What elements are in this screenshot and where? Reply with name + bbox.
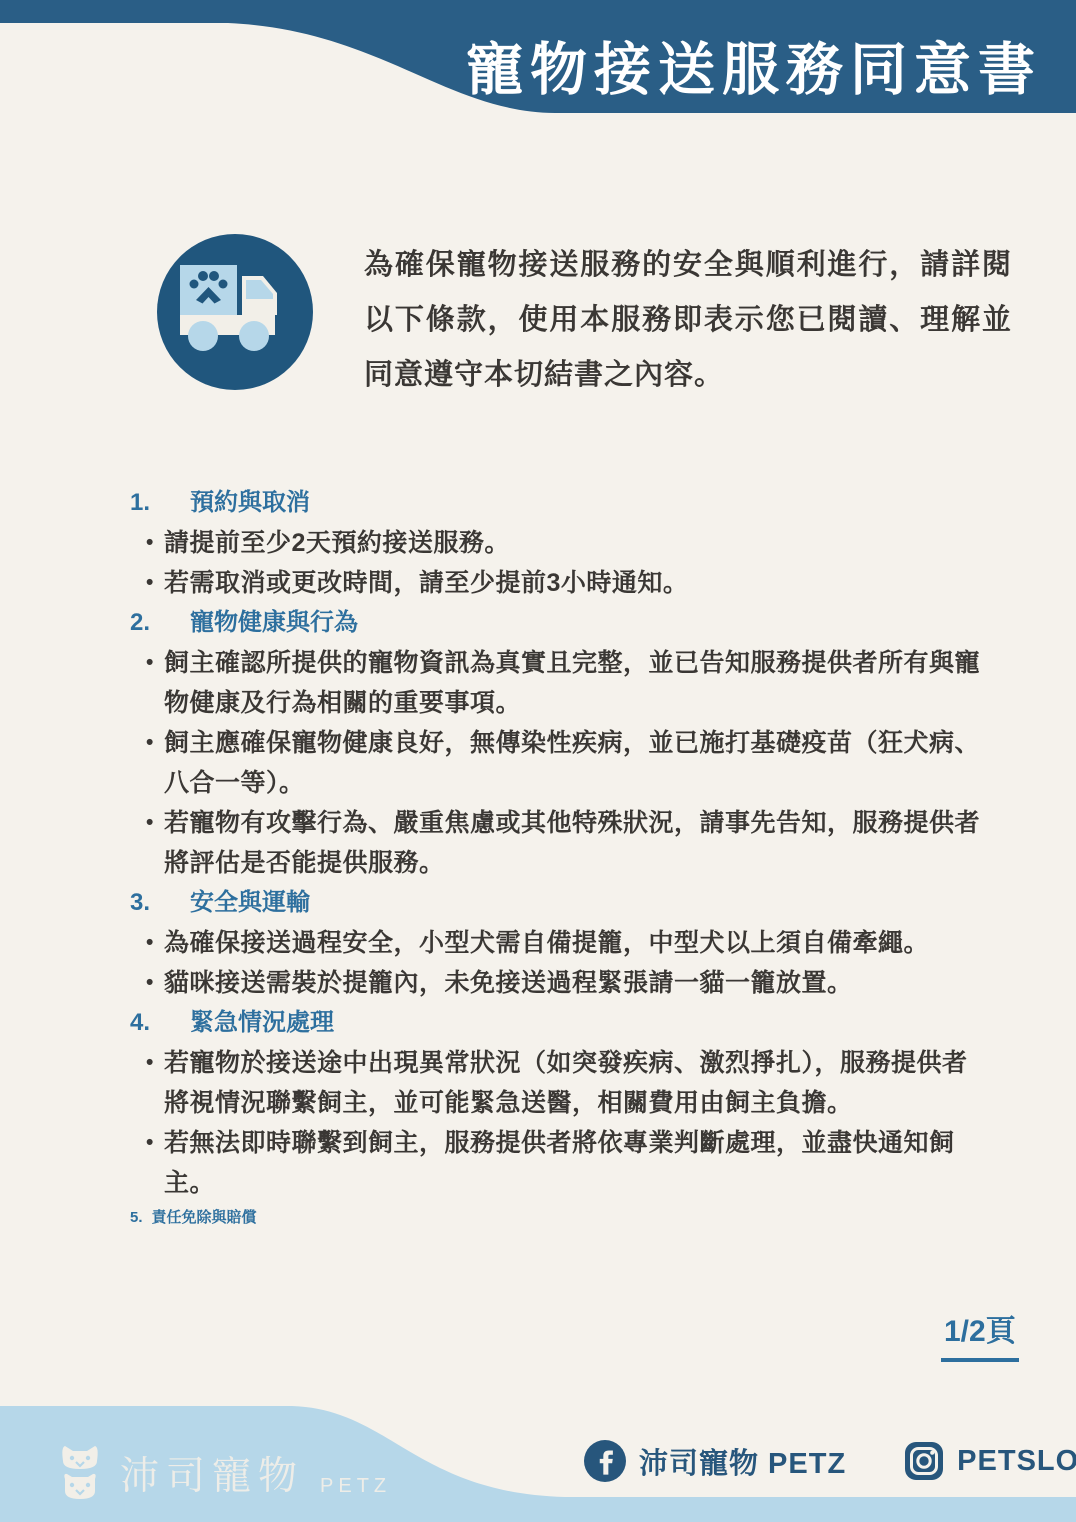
bullet-icon: • — [146, 723, 164, 803]
section-heading-booking: 1. 預約與取消 — [130, 483, 988, 523]
social-links: 沛司寵物 PETZ PETSLOVEMIX — [584, 1440, 1076, 1482]
list-item-text: 請提前至少2天預約接送服務。 — [164, 523, 988, 563]
section-heading-emergency: 4. 緊急情況處理 — [130, 1003, 988, 1043]
list-item-text: 飼主確認所提供的寵物資訊為真實且完整，並已告知服務提供者所有與寵物健康及行為相關… — [164, 643, 988, 723]
section-number: 4. — [130, 1003, 190, 1043]
section-number: 1. — [130, 483, 190, 523]
section-number: 2. — [130, 603, 190, 643]
section-heading-liability-truncated: 5. 責任免除與賠償 — [130, 1206, 988, 1230]
pet-transport-truck-icon — [155, 232, 315, 392]
terms-list: 1. 預約與取消 • 請提前至少2天預約接送服務。 • 若需取消或更改時間，請至… — [130, 483, 988, 1230]
instagram-icon — [904, 1441, 944, 1481]
petz-cat-dog-logo-icon — [56, 1441, 104, 1505]
list-item: • 若無法即時聯繫到飼主，服務提供者將依專業判斷處理，並盡快通知飼主。 — [130, 1123, 988, 1203]
list-item: • 若寵物有攻擊行為、嚴重焦慮或其他特殊狀況，請事先告知，服務提供者將評估是否能… — [130, 803, 988, 883]
list-item: • 飼主確認所提供的寵物資訊為真實且完整，並已告知服務提供者所有與寵物健康及行為… — [130, 643, 988, 723]
section-number: 3. — [130, 883, 190, 923]
section-title: 責任免除與賠償 — [152, 1206, 257, 1230]
section-title: 安全與運輸 — [190, 883, 310, 923]
list-item-text: 飼主應確保寵物健康良好，無傳染性疾病，並已施打基礎疫苗（狂犬病、八合一等）。 — [164, 723, 988, 803]
bullet-icon: • — [146, 563, 164, 603]
list-item: • 飼主應確保寵物健康良好，無傳染性疾病，並已施打基礎疫苗（狂犬病、八合一等）。 — [130, 723, 988, 803]
bullet-icon: • — [146, 963, 164, 1003]
section-heading-pet-health: 2. 寵物健康與行為 — [130, 603, 988, 643]
agreement-page: 寵物接送服務同意書 為確保寵物接送服務的安全與順利進行，請詳閱以下條款，使用本服… — [0, 0, 1076, 1522]
bullet-icon: • — [146, 1123, 164, 1203]
list-item: • 為確保接送過程安全，小型犬需自備提籠，中型犬以上須自備牽繩。 — [130, 923, 988, 963]
brand-suffix: PETZ — [320, 1475, 391, 1505]
list-item: • 請提前至少2天預約接送服務。 — [130, 523, 988, 563]
bullet-icon: • — [146, 803, 164, 883]
brand-name: 沛司寵物 — [120, 1445, 304, 1501]
list-item-text: 貓咪接送需裝於提籠內，未免接送過程緊張請一貓一籠放置。 — [164, 963, 988, 1003]
facebook-handle: 沛司寵物 PETZ — [639, 1441, 846, 1482]
brand-logo: 沛司寵物 PETZ — [56, 1441, 391, 1505]
facebook-icon — [584, 1440, 626, 1482]
section-title: 預約與取消 — [190, 483, 310, 523]
page-title: 寵物接送服務同意書 — [466, 24, 1042, 106]
list-item-text: 若寵物有攻擊行為、嚴重焦慮或其他特殊狀況，請事先告知，服務提供者將評估是否能提供… — [164, 803, 988, 883]
list-item: • 若需取消或更改時間，請至少提前3小時通知。 — [130, 563, 988, 603]
section-heading-safety-transport: 3. 安全與運輸 — [130, 883, 988, 923]
section-title: 緊急情況處理 — [190, 1003, 334, 1043]
intro-paragraph: 為確保寵物接送服務的安全與順利進行，請詳閱以下條款，使用本服務即表示您已閱讀、理… — [364, 238, 1012, 403]
section-title: 寵物健康與行為 — [190, 603, 358, 643]
bullet-icon: • — [146, 923, 164, 963]
section-number: 5. — [130, 1206, 143, 1230]
bullet-icon: • — [146, 643, 164, 723]
list-item-text: 若無法即時聯繫到飼主，服務提供者將依專業判斷處理，並盡快通知飼主。 — [164, 1123, 988, 1203]
bullet-icon: • — [146, 1043, 164, 1123]
bullet-icon: • — [146, 523, 164, 563]
facebook-link: 沛司寵物 PETZ — [584, 1440, 846, 1482]
list-item-text: 若寵物於接送途中出現異常狀況（如突發疾病、激烈掙扎），服務提供者將視情況聯繫飼主… — [164, 1043, 988, 1123]
list-item-text: 為確保接送過程安全，小型犬需自備提籠，中型犬以上須自備牽繩。 — [164, 923, 988, 963]
instagram-link: PETSLOVEMIX — [904, 1441, 1076, 1481]
list-item: • 貓咪接送需裝於提籠內，未免接送過程緊張請一貓一籠放置。 — [130, 963, 988, 1003]
instagram-handle: PETSLOVEMIX — [957, 1445, 1076, 1478]
list-item: • 若寵物於接送途中出現異常狀況（如突發疾病、激烈掙扎），服務提供者將視情況聯繫… — [130, 1043, 988, 1123]
page-indicator: 1/2頁 — [941, 1306, 1019, 1362]
list-item-text: 若需取消或更改時間，請至少提前3小時通知。 — [164, 563, 988, 603]
